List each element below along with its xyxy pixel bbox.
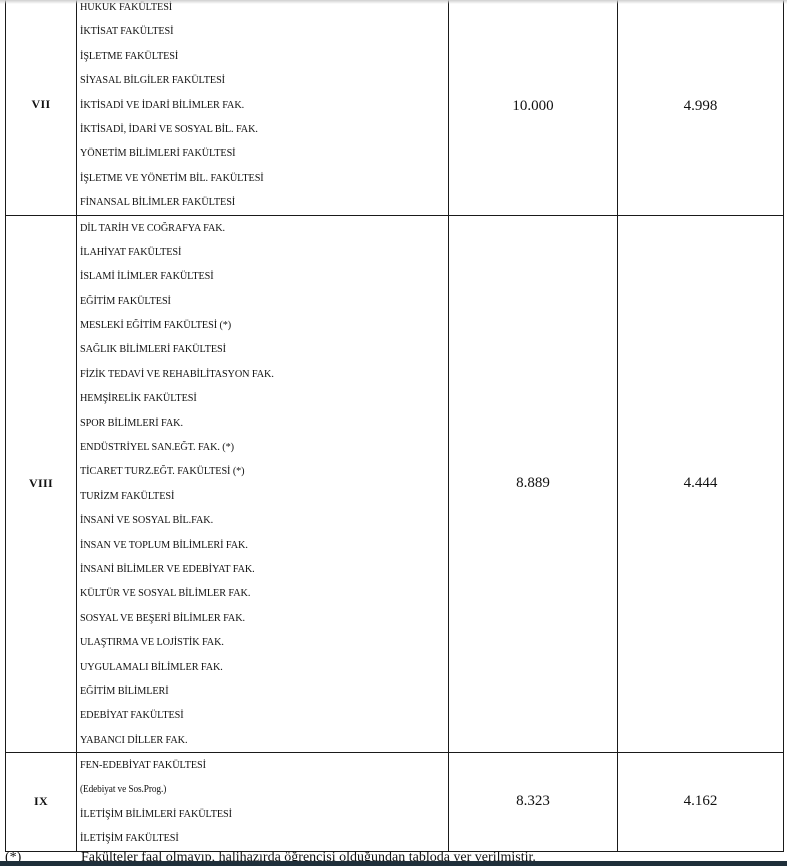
faculty-item: İLETİŞİM FAKÜLTESİ [80, 826, 422, 850]
table-row: VIIHUKUK FAKÜLTESİİKTİSAT FAKÜLTESİİŞLET… [6, 0, 784, 215]
faculty-list: DİL TARİH VE COĞRAFYA FAK.İLAHİYAT FAKÜL… [77, 216, 448, 753]
faculty-item: (Edebiyat ve Sos.Prog.) [80, 778, 422, 802]
faculty-item: İKTİSAT FAKÜLTESİ [80, 19, 422, 43]
faculty-list-cell: HUKUK FAKÜLTESİİKTİSAT FAKÜLTESİİŞLETME … [77, 0, 449, 215]
group-label: VIII [6, 215, 77, 753]
value-1-cell: 8.323 [449, 753, 618, 852]
faculty-list: HUKUK FAKÜLTESİİKTİSAT FAKÜLTESİİŞLETME … [77, 0, 448, 215]
faculty-item: İLAHİYAT FAKÜLTESİ [80, 240, 422, 264]
faculty-item: TURİZM FAKÜLTESİ [80, 484, 422, 508]
faculty-item: DİL TARİH VE COĞRAFYA FAK. [80, 216, 422, 240]
value-2-cell: 4.444 [618, 215, 784, 753]
faculty-item: İKTİSADİ, İDARİ VE SOSYAL BİL. FAK. [80, 117, 422, 141]
viewer-top-shadow [0, 0, 787, 4]
value-1-cell: 10.000 [449, 0, 618, 215]
faculty-item: İKTİSADİ VE İDARİ BİLİMLER FAK. [80, 93, 422, 117]
value-2-cell: 4.162 [618, 753, 784, 852]
faculty-score-table: VIIHUKUK FAKÜLTESİİKTİSAT FAKÜLTESİİŞLET… [5, 0, 784, 852]
faculty-item: ULAŞTIRMA VE LOJİSTİK FAK. [80, 630, 422, 654]
faculty-item: ENDÜSTRİYEL SAN.EĞT. FAK. (*) [80, 435, 422, 459]
faculty-item: SAĞLIK BİLİMLERİ FAKÜLTESİ [80, 337, 422, 361]
faculty-item: FİZİK TEDAVİ VE REHABİLİTASYON FAK. [80, 362, 422, 386]
faculty-item: TİCARET TURZ.EĞT. FAKÜLTESİ (*) [80, 459, 422, 483]
faculty-item: EDEBİYAT FAKÜLTESİ [80, 703, 422, 727]
faculty-list-cell: FEN-EDEBİYAT FAKÜLTESİ(Edebiyat ve Sos.P… [77, 753, 449, 852]
faculty-item: İNSANİ VE SOSYAL BİL.FAK. [80, 508, 422, 532]
faculty-item: YABANCI DİLLER FAK. [80, 728, 422, 752]
group-label: VII [6, 0, 77, 215]
faculty-item: FEN-EDEBİYAT FAKÜLTESİ [80, 753, 422, 777]
value-1-cell: 8.889 [449, 215, 618, 753]
faculty-list: FEN-EDEBİYAT FAKÜLTESİ(Edebiyat ve Sos.P… [77, 753, 448, 851]
faculty-item: SİYASAL BİLGİLER FAKÜLTESİ [80, 68, 422, 92]
faculty-item: İŞLETME FAKÜLTESİ [80, 44, 422, 68]
faculty-item: İNSANİ BİLİMLER VE EDEBİYAT FAK. [80, 557, 422, 581]
faculty-list-cell: DİL TARİH VE COĞRAFYA FAK.İLAHİYAT FAKÜL… [77, 215, 449, 753]
table-row: VIIIDİL TARİH VE COĞRAFYA FAK.İLAHİYAT F… [6, 215, 784, 753]
faculty-item: EĞİTİM BİLİMLERİ [80, 679, 422, 703]
faculty-item: MESLEKİ EĞİTİM FAKÜLTESİ (*) [80, 313, 422, 337]
faculty-item: İLETİŞİM BİLİMLERİ FAKÜLTESİ [80, 802, 422, 826]
faculty-item: HEMŞİRELİK FAKÜLTESİ [80, 386, 422, 410]
faculty-item: KÜLTÜR VE SOSYAL BİLİMLER FAK. [80, 581, 422, 605]
table-row: IXFEN-EDEBİYAT FAKÜLTESİ(Edebiyat ve Sos… [6, 753, 784, 852]
value-2-cell: 4.998 [618, 0, 784, 215]
faculty-item: İŞLETME VE YÖNETİM BİL. FAKÜLTESİ [80, 166, 422, 190]
faculty-item: İSLAMİ İLİMLER FAKÜLTESİ [80, 264, 422, 288]
faculty-item: SOSYAL VE BEŞERİ BİLİMLER FAK. [80, 606, 422, 630]
faculty-item: UYGULAMALI BİLİMLER FAK. [80, 655, 422, 679]
faculty-item: İNSAN VE TOPLUM BİLİMLERİ FAK. [80, 533, 422, 557]
faculty-item: YÖNETİM BİLİMLERİ FAKÜLTESİ [80, 141, 422, 165]
group-label: IX [6, 753, 77, 852]
faculty-item: FİNANSAL BİLİMLER FAKÜLTESİ [80, 190, 422, 214]
viewer-bottom-bar [0, 861, 787, 866]
faculty-item: EĞİTİM FAKÜLTESİ [80, 289, 422, 313]
faculty-item: SPOR BİLİMLERİ FAK. [80, 411, 422, 435]
